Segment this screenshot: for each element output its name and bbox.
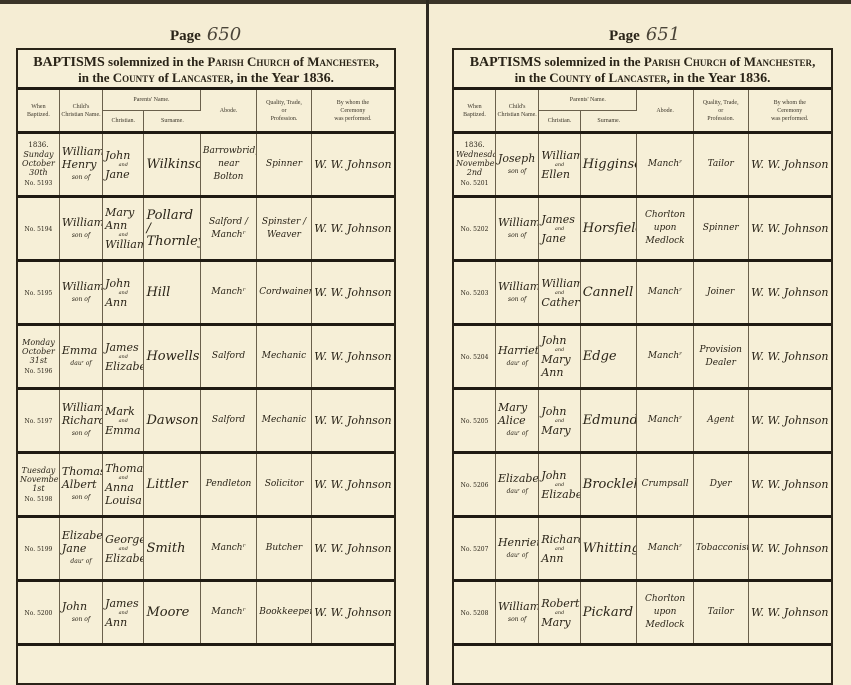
child-name: William (498, 216, 536, 229)
entry-date-line: November (20, 475, 57, 484)
col-surname: Surname. (144, 111, 200, 133)
officiant-signature: W. W. Johnson (748, 325, 831, 389)
baptism-table: WhenBaptized. Child'sChristian Name. Par… (18, 90, 394, 646)
child-name-cell: Harrietdauʳ of (495, 325, 538, 389)
relation: son of (498, 229, 536, 242)
parents-christian-cell: Mary AnnandWilliam (103, 197, 144, 261)
mother-name: Ann (105, 296, 141, 309)
title-fragment: BAPTISMS (470, 55, 542, 70)
father-name: Mary Ann (105, 206, 141, 232)
entry-number: No. 5204 (456, 353, 493, 362)
child-name: William (498, 600, 536, 613)
parents-christian-cell: WilliamandEllen (539, 133, 580, 197)
title-fragment: of (591, 70, 608, 85)
title-line-2: in the County of Lancaster, in the Year … (454, 70, 831, 86)
title-fragment: BAPTISMS (33, 55, 105, 70)
entry-number: No. 5195 (20, 289, 57, 298)
entry-date-line: Tuesday (20, 466, 57, 475)
child-name: Harriet (498, 344, 536, 357)
title-fragment: in the (515, 70, 550, 85)
page-number-value: 651 (646, 24, 680, 45)
entry-number: No. 5193 (20, 179, 57, 188)
relation: dauʳ of (498, 427, 536, 440)
officiant-signature: W. W. Johnson (748, 261, 831, 325)
mother-name: Elizabeth (105, 552, 141, 565)
child-name-cell: WilliamRichardson of (59, 389, 102, 453)
when-baptized-cell: No. 5208 (454, 581, 495, 645)
father-name: Mark (105, 405, 141, 418)
trade-cell: Spinner (693, 197, 748, 261)
col-trade: Quality, Trade,orProfession. (257, 90, 312, 133)
child-name-cell: Williamson of (59, 261, 102, 325)
col-by: By whom theCeremonywas performed. (311, 90, 394, 133)
title-fragment: , (812, 54, 815, 69)
when-baptized-cell: No. 5205 (454, 389, 495, 453)
entry-number: No. 5199 (20, 545, 57, 554)
relation: dauʳ of (498, 485, 536, 498)
father-name: John (541, 405, 577, 418)
title-fragment: solemnized in the (105, 54, 208, 69)
entry-date-line: 2nd (456, 168, 493, 177)
child-name: Elizabeth (62, 529, 100, 542)
trade-cell: Dyer (693, 453, 748, 517)
trade-cell: Tailor (693, 581, 748, 645)
child-name-cell: Williamson of (59, 197, 102, 261)
officiant-signature: W. W. Johnson (748, 389, 831, 453)
baptism-entry-row: No. 5202Williamson ofJamesandJaneHorsfie… (454, 197, 831, 261)
officiant-signature: W. W. Johnson (311, 389, 394, 453)
father-name: John (541, 334, 577, 347)
mother-name: Anna Louisa (105, 481, 141, 507)
trade-cell: Mechanic (257, 389, 312, 453)
col-abode: Abode. (637, 90, 694, 133)
officiant-signature: W. W. Johnson (311, 197, 394, 261)
child-name: William (498, 280, 536, 293)
child-name-cell: Josephson of (495, 133, 538, 197)
abode-cell: Manchʳ (200, 517, 256, 581)
child-name: Mary (498, 401, 536, 414)
col-child: Child'sChristian Name. (59, 90, 102, 133)
page-number: Page650 (170, 24, 241, 45)
abode-cell: Salford (200, 325, 256, 389)
parents-christian-cell: JohnandAnn (103, 261, 144, 325)
child-name: Thomas (62, 465, 100, 478)
entry-number: No. 5196 (20, 367, 57, 376)
surname-cell: Wilkinson (144, 133, 200, 197)
title-fragment: in the (78, 70, 113, 85)
entry-date-line: 31st (20, 356, 57, 365)
abode-cell: Manchʳ (637, 325, 694, 389)
officiant-signature: W. W. Johnson (311, 453, 394, 517)
when-baptized-cell: No. 5195 (18, 261, 59, 325)
surname-cell: Pollard / Thornley (144, 197, 200, 261)
father-name: John (105, 277, 141, 290)
col-parents: Parents' Name. (103, 90, 201, 111)
mother-name: Emma (105, 424, 141, 437)
surname-cell: Moore (144, 581, 200, 645)
officiant-signature: W. W. Johnson (311, 325, 394, 389)
mother-name: Ellen (541, 168, 577, 181)
parents-christian-cell: ThomasandAnna Louisa (103, 453, 144, 517)
child-name: William (62, 280, 100, 293)
title-fragment: Manchester (307, 54, 375, 69)
child-name: William (62, 216, 100, 229)
when-baptized-cell: 1836.SundayOctober30thNo. 5193 (18, 133, 59, 197)
col-when: WhenBaptized. (18, 90, 59, 133)
when-baptized-cell: No. 5206 (454, 453, 495, 517)
mother-name: Mary (541, 616, 577, 629)
baptism-entry-row: No. 5207Henriettadauʳ ofRichardandAnnWhi… (454, 517, 831, 581)
father-name: William (541, 149, 577, 162)
title-fragment: solemnized in the (541, 54, 644, 69)
child-name: Henrietta (498, 536, 536, 549)
child-name-cell: MaryAlicedauʳ of (495, 389, 538, 453)
entry-number: No. 5205 (456, 417, 493, 426)
baptism-entry-row: No. 5204Harrietdauʳ ofJohnandMary AnnEdg… (454, 325, 831, 389)
surname-cell: Horsfield (580, 197, 637, 261)
abode-cell: Pendleton (200, 453, 256, 517)
officiant-signature: W. W. Johnson (748, 517, 831, 581)
entry-date-line: 30th (20, 168, 57, 177)
father-name: James (105, 597, 141, 610)
entry-date-line: 1st (20, 484, 57, 493)
col-child: Child'sChristian Name. (495, 90, 538, 133)
officiant-signature: W. W. Johnson (311, 261, 394, 325)
title-fragment: County (549, 70, 591, 85)
officiant-signature: W. W. Johnson (311, 517, 394, 581)
title-fragment: , in the (667, 70, 708, 85)
father-name: John (105, 149, 141, 162)
child-name-cell: Williamson of (495, 581, 538, 645)
col-christian: Christian. (539, 111, 580, 133)
baptism-entry-row: No. 5199ElizabethJanedauʳ ofGeorgeandEli… (18, 517, 394, 581)
register-title: BAPTISMS solemnized in the Parish Church… (454, 50, 831, 90)
when-baptized-cell: No. 5207 (454, 517, 495, 581)
when-baptized-cell: 1836.WednesdayNovember2ndNo. 5201 (454, 133, 495, 197)
baptism-entry-row: TuesdayNovember1stNo. 5198ThomasAlbertso… (18, 453, 394, 517)
parents-christian-cell: JohnandJane (103, 133, 144, 197)
parents-christian-cell: MarkandEmma (103, 389, 144, 453)
mother-name: Mary (541, 424, 577, 437)
abode-cell: Crumpsall (637, 453, 694, 517)
baptism-entry-row: 1836.SundayOctober30thNo. 5193WilliamHen… (18, 133, 394, 197)
abode-cell: Manchʳ (637, 261, 694, 325)
baptism-entry-row: No. 5197WilliamRichardson ofMarkandEmmaD… (18, 389, 394, 453)
parents-christian-cell: RichardandAnn (539, 517, 580, 581)
surname-cell: Howells (144, 325, 200, 389)
parents-christian-cell: WilliamandCatherine (539, 261, 580, 325)
when-baptized-cell: No. 5203 (454, 261, 495, 325)
mother-name: Ann (105, 616, 141, 629)
child-name-cell: Williamson of (495, 197, 538, 261)
mother-name: Jane (105, 168, 141, 181)
col-when: WhenBaptized. (454, 90, 495, 133)
surname-cell: Edmundson (580, 389, 637, 453)
surname-cell: Cannell (580, 261, 637, 325)
relation: son of (498, 293, 536, 306)
child-name-cell: ElizabethJanedauʳ of (59, 517, 102, 581)
baptism-entry-row: MondayOctober31stNo. 5196Emmadauʳ ofJame… (18, 325, 394, 389)
mother-name: William (105, 238, 141, 251)
entry-year: 1836. (20, 141, 57, 150)
surname-cell: Dawson (144, 389, 200, 453)
mother-name: Elizabeth (105, 360, 141, 373)
abode-cell: Salford / Manchʳ (200, 197, 256, 261)
title-fragment: . (331, 70, 334, 85)
entry-date-line: Monday (20, 338, 57, 347)
relation: son of (62, 293, 100, 306)
surname-cell: Littler (144, 453, 200, 517)
parents-christian-cell: JamesandAnn (103, 581, 144, 645)
title-fragment: Year 1836 (708, 71, 767, 86)
officiant-signature: W. W. Johnson (748, 581, 831, 645)
baptism-entry-row: No. 5208Williamson ofRobertandMaryPickar… (454, 581, 831, 645)
father-name: Richard (541, 533, 577, 546)
when-baptized-cell: No. 5197 (18, 389, 59, 453)
officiant-signature: W. W. Johnson (311, 581, 394, 645)
trade-cell: Butcher (257, 517, 312, 581)
child-name: Elizabeth (498, 472, 536, 485)
relation: son of (62, 229, 100, 242)
surname-cell: Whittingham (580, 517, 637, 581)
title-line-1: BAPTISMS solemnized in the Parish Church… (18, 54, 394, 70)
parents-christian-cell: JamesandJane (539, 197, 580, 261)
mother-name: Ann (541, 552, 577, 565)
baptism-entry-row: No. 5206Elizabethdauʳ ofJohnandElizabeth… (454, 453, 831, 517)
trade-cell: Tobacconist (693, 517, 748, 581)
entry-number: No. 5198 (20, 495, 57, 504)
baptism-table: WhenBaptized. Child'sChristian Name. Par… (454, 90, 831, 646)
when-baptized-cell: No. 5202 (454, 197, 495, 261)
title-fragment: . (767, 70, 770, 85)
surname-cell: Edge (580, 325, 637, 389)
page-number: Page651 (609, 24, 680, 45)
father-name: Robert (541, 597, 577, 610)
parents-christian-cell: JohnandElizabeth (539, 453, 580, 517)
entry-number: No. 5202 (456, 225, 493, 234)
father-name: George (105, 533, 141, 546)
child-name: Alice (498, 414, 536, 427)
entry-number: No. 5208 (456, 609, 493, 618)
officiant-signature: W. W. Johnson (748, 197, 831, 261)
child-name-cell: Emmadauʳ of (59, 325, 102, 389)
title-fragment: , in the (230, 70, 271, 85)
child-name: John (62, 600, 100, 613)
child-name-cell: WilliamHenryson of (59, 133, 102, 197)
father-name: Thomas (105, 462, 141, 475)
when-baptized-cell: No. 5200 (18, 581, 59, 645)
child-name-cell: Elizabethdauʳ of (495, 453, 538, 517)
title-fragment: Parish Church (207, 54, 290, 69)
entry-number: No. 5206 (456, 481, 493, 490)
baptism-entry-row: 1836.WednesdayNovember2ndNo. 5201Josephs… (454, 133, 831, 197)
title-fragment: Lancaster (609, 70, 667, 85)
title-fragment: County (113, 70, 155, 85)
mother-name: Elizabeth (541, 488, 577, 501)
col-by: By whom theCeremonywas performed. (748, 90, 831, 133)
trade-cell: Provision Dealer (693, 325, 748, 389)
entry-date-line: November (456, 159, 493, 168)
page-label: Page (609, 28, 640, 44)
parents-christian-cell: JamesandElizabeth (103, 325, 144, 389)
surname-cell: Higginson (580, 133, 637, 197)
officiant-signature: W. W. Johnson (311, 133, 394, 197)
parents-christian-cell: JohnandMary (539, 389, 580, 453)
father-name: James (105, 341, 141, 354)
relation: son of (62, 613, 100, 626)
col-trade: Quality, Trade,orProfession. (693, 90, 748, 133)
title-fragment: Parish Church (644, 54, 727, 69)
baptism-entry-row: No. 5200Johnson ofJamesandAnnMooreManchʳ… (18, 581, 394, 645)
child-name: Richard (62, 414, 100, 427)
trade-cell: Joiner (693, 261, 748, 325)
register-frame: BAPTISMS solemnized in the Parish Church… (452, 48, 833, 685)
register-page-left: Page650 BAPTISMS solemnized in the Paris… (0, 4, 427, 685)
abode-cell: Barrowbridge near Bolton (200, 133, 256, 197)
title-fragment: of (726, 54, 743, 69)
when-baptized-cell: No. 5194 (18, 197, 59, 261)
abode-cell: Chorlton upon Medlock (637, 197, 694, 261)
officiant-signature: W. W. Johnson (748, 133, 831, 197)
child-name-cell: Johnson of (59, 581, 102, 645)
col-surname: Surname. (580, 111, 637, 133)
baptism-entry-row: No. 5195Williamson ofJohnandAnnHillManch… (18, 261, 394, 325)
col-parents: Parents' Name. (539, 90, 637, 111)
child-name: Albert (62, 478, 100, 491)
relation: dauʳ of (498, 549, 536, 562)
trade-cell: Mechanic (257, 325, 312, 389)
trade-cell: Agent (693, 389, 748, 453)
baptism-entry-row: No. 5194Williamson ofMary AnnandWilliamP… (18, 197, 394, 261)
baptism-entry-row: No. 5205MaryAlicedauʳ ofJohnandMaryEdmun… (454, 389, 831, 453)
child-name-cell: Williamson of (495, 261, 538, 325)
officiant-signature: W. W. Johnson (748, 453, 831, 517)
parents-christian-cell: RobertandMary (539, 581, 580, 645)
father-name: William (541, 277, 577, 290)
abode-cell: Manchʳ (200, 581, 256, 645)
relation: dauʳ of (62, 357, 100, 370)
child-name: Emma (62, 344, 100, 357)
trade-cell: Spinner (257, 133, 312, 197)
title-fragment: , (376, 54, 379, 69)
col-abode: Abode. (200, 90, 256, 133)
surname-cell: Pickard (580, 581, 637, 645)
child-name: William (62, 145, 100, 158)
trade-cell: Tailor (693, 133, 748, 197)
abode-cell: Manchʳ (637, 133, 694, 197)
register-frame: BAPTISMS solemnized in the Parish Church… (16, 48, 396, 685)
entry-year: 1836. (456, 141, 493, 150)
relation: son of (498, 165, 536, 178)
surname-cell: Brocklehurst (580, 453, 637, 517)
abode-cell: Manchʳ (637, 389, 694, 453)
child-name: William (62, 401, 100, 414)
title-fragment: of (290, 54, 307, 69)
surname-cell: Smith (144, 517, 200, 581)
father-name: John (541, 469, 577, 482)
abode-cell: Salford (200, 389, 256, 453)
title-line-1: BAPTISMS solemnized in the Parish Church… (454, 54, 831, 70)
trade-cell: Solicitor (257, 453, 312, 517)
mother-name: Catherine (541, 296, 577, 309)
entry-date-line: Wednesday (456, 150, 493, 159)
title-fragment: of (155, 70, 172, 85)
trade-cell: Spinster / Weaver (257, 197, 312, 261)
entry-number: No. 5203 (456, 289, 493, 298)
title-fragment: Manchester (744, 54, 812, 69)
title-fragment: Lancaster (172, 70, 230, 85)
relation: dauʳ of (498, 357, 536, 370)
when-baptized-cell: No. 5199 (18, 517, 59, 581)
parents-christian-cell: GeorgeandElizabeth (103, 517, 144, 581)
father-name: James (541, 213, 577, 226)
entry-number: No. 5201 (456, 179, 493, 188)
page-number-value: 650 (207, 24, 241, 45)
when-baptized-cell: No. 5204 (454, 325, 495, 389)
register-page-right: Page651 BAPTISMS solemnized in the Paris… (429, 4, 851, 685)
entry-number: No. 5200 (20, 609, 57, 618)
relation: son of (62, 491, 100, 504)
entry-date-line: Sunday (20, 150, 57, 159)
child-name: Jane (62, 542, 100, 555)
relation: dauʳ of (62, 555, 100, 568)
when-baptized-cell: TuesdayNovember1stNo. 5198 (18, 453, 59, 517)
parents-christian-cell: JohnandMary Ann (539, 325, 580, 389)
relation: son of (498, 613, 536, 626)
trade-cell: Bookkeeper (257, 581, 312, 645)
title-line-2: in the County of Lancaster, in the Year … (18, 70, 394, 86)
mother-name: Mary Ann (541, 353, 577, 379)
register-title: BAPTISMS solemnized in the Parish Church… (18, 50, 394, 90)
page-label: Page (170, 28, 201, 44)
entry-number: No. 5194 (20, 225, 57, 234)
entry-number: No. 5207 (456, 545, 493, 554)
surname-cell: Hill (144, 261, 200, 325)
trade-cell: Cordwainer (257, 261, 312, 325)
child-name-cell: Henriettadauʳ of (495, 517, 538, 581)
child-name: Joseph (498, 152, 536, 165)
abode-cell: Manchʳ (637, 517, 694, 581)
mother-name: Jane (541, 232, 577, 245)
relation: son of (62, 427, 100, 440)
child-name-cell: ThomasAlbertson of (59, 453, 102, 517)
when-baptized-cell: MondayOctober31stNo. 5196 (18, 325, 59, 389)
child-name: Henry (62, 158, 100, 171)
relation: son of (62, 171, 100, 184)
entry-date-line: October (20, 159, 57, 168)
col-christian: Christian. (103, 111, 144, 133)
title-fragment: Year 1836 (271, 71, 330, 86)
abode-cell: Manchʳ (200, 261, 256, 325)
entry-date-line: October (20, 347, 57, 356)
abode-cell: Chorlton upon Medlock (637, 581, 694, 645)
baptism-entry-row: No. 5203Williamson ofWilliamandCatherine… (454, 261, 831, 325)
entry-number: No. 5197 (20, 417, 57, 426)
